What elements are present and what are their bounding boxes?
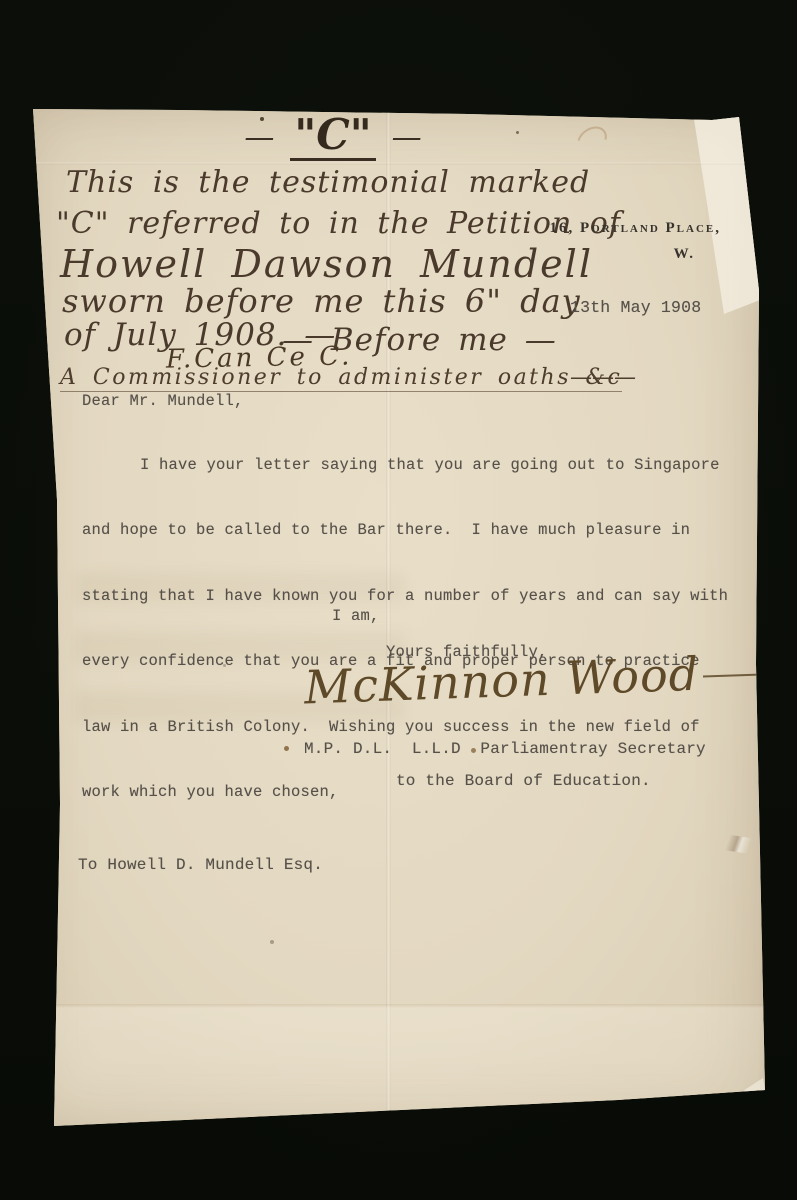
letterhead-address: 16, Portland Place, W.: [523, 220, 721, 263]
commissioner-title-dash: ———: [570, 366, 636, 390]
body-line: I have your letter saying that you are g…: [82, 456, 752, 485]
letterhead-line2: W.: [523, 246, 721, 263]
annotation-line: Howell Dawson Mundell: [60, 244, 593, 286]
annotation-line: sworn before me this 6" day: [62, 284, 581, 319]
annotation-line: This is the testimonial marked: [66, 166, 590, 199]
exhibit-letter: "C": [290, 114, 375, 161]
exhibit-dash-right: —: [392, 120, 422, 155]
body-line: stating that I have known you for a numb…: [82, 587, 752, 616]
letterhead-line1: 16, Portland Place,: [523, 220, 721, 237]
body-line: and hope to be called to the Bar there. …: [82, 521, 752, 550]
exhibit-dash-left: —: [244, 120, 274, 155]
salutation: Dear Mr. Mundell,: [82, 392, 244, 410]
foxing-speck: [270, 940, 274, 944]
commissioner-title: A Commissioner to administer oaths &c: [60, 366, 622, 392]
signature-title-line1: M.P. D.L. L.L.D Parliamentray Secretary: [304, 740, 706, 758]
foxing-speck: [516, 131, 519, 134]
stain-mark: [572, 121, 612, 159]
closing-i-am: I am,: [332, 607, 380, 625]
bottom-fold-panel: [18, 1004, 766, 1134]
photo-background: — "C" — This is the testimonial marked "…: [0, 0, 797, 1200]
letter-date: 13th May 1908: [570, 298, 701, 317]
addressee-line: To Howell D. Mundell Esq.: [78, 856, 323, 874]
signature-title-line2: to the Board of Education.: [396, 772, 651, 790]
letter-page: — "C" — This is the testimonial marked "…: [18, 104, 766, 1134]
exhibit-mark-heading: — "C" —: [168, 114, 498, 161]
